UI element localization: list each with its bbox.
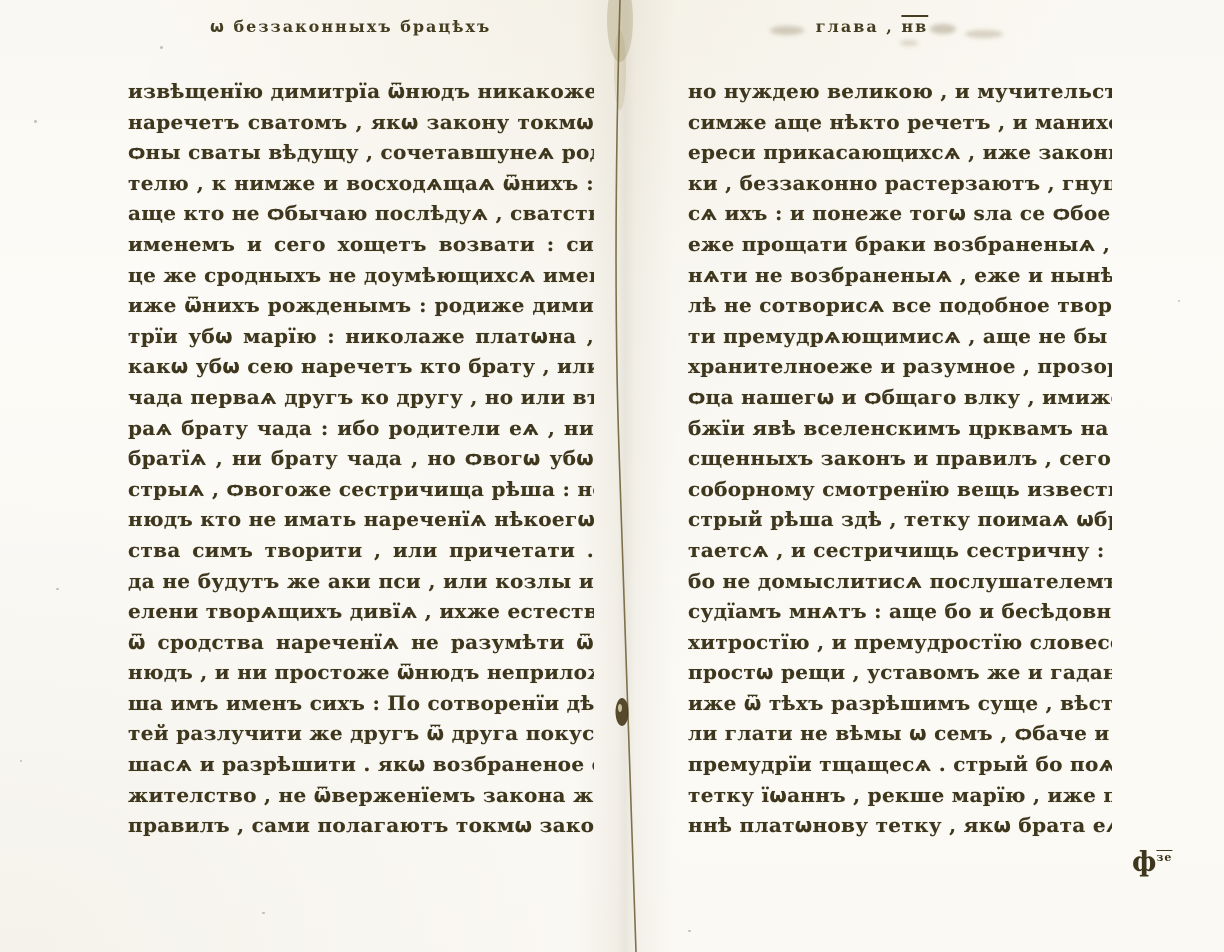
paper-speck	[262, 912, 265, 914]
text-line: ѿ сродства нареченїѧ не разумѣти ѿ	[128, 627, 594, 658]
text-line: ша имъ именъ сихъ : По сотворенїи дѣ	[128, 688, 594, 719]
text-line: шасѧ и разрѣшити . якѡ возбраненое со	[128, 749, 594, 780]
text-line: це же сродныхъ не доумѣющихсѧ именъ ,	[128, 260, 594, 291]
text-line: судїамъ мнѧтъ : аще бо и бесѣдовною	[688, 596, 1112, 627]
text-line: ѻца нашегѡ и ѻбщаго влку , имиже судъ	[688, 382, 1112, 413]
left-text-column: извѣщенїю димитрїа ѿнюдъ никакоженаречет…	[128, 76, 594, 841]
text-line: хитростїю , и премудростїю словесе , или	[688, 627, 1112, 658]
book-spread-scan: ѡ беззаконныхъ брацѣхъ извѣщенїю димитрї…	[0, 0, 1224, 952]
text-line: бжїи явѣ вселенскимъ црквамъ на ѡбновлен…	[688, 413, 1112, 444]
text-line: простѡ рещи , уставомъ же и гаданїемъ ,	[688, 657, 1112, 688]
text-line: сщенныхъ законъ и правилъ , сего постави	[688, 443, 1112, 474]
text-line: ки , беззаконно растерзаютъ , гнушающе	[688, 168, 1112, 199]
text-line: бо не домыслитисѧ послушателемъ , или	[688, 566, 1112, 597]
paper-speck	[34, 120, 37, 123]
text-line: ли глати не вѣмы ѡ семъ , ѻбаче и ѕѣлѡ	[688, 718, 1112, 749]
right-text-column: но нуждею великою , и мучительствомъ .си…	[688, 76, 1112, 841]
text-line: ннѣ платѡнову тетку , якѡ брата еѧ	[688, 810, 1112, 841]
text-line: елени творѧщихъ дивїѧ , ихже естество	[128, 596, 594, 627]
left-running-header: ѡ беззаконныхъ брацѣхъ	[210, 14, 390, 40]
ink-blob	[616, 698, 629, 726]
text-line: иже ѿнихъ рожденымъ : родиже дими	[128, 290, 594, 321]
text-line: ѻны сваты вѣдущу , сочетавшунеѧ роди	[128, 137, 594, 168]
text-line: стрыѧ , ѻвогоже сестричища рѣша : но ѿ	[128, 474, 594, 505]
text-line: ти премудрѧющимисѧ , аще не бы ѕѣлѡ	[688, 321, 1112, 352]
text-line: извѣщенїю димитрїа ѿнюдъ никакоже	[128, 76, 594, 107]
ink-smudge	[965, 30, 1003, 38]
ink-smudge	[930, 24, 956, 34]
text-line: симже аще нѣкто речетъ , и манихейской	[688, 107, 1112, 138]
text-line: чада перваѧ другъ ко другу , но или вто	[128, 382, 594, 413]
paper-speck	[688, 930, 691, 932]
chapter-word: глава ,	[816, 17, 894, 36]
text-line: какѡ убѡ сею наречетъ кто брату , или	[128, 351, 594, 382]
ink-smudge	[770, 26, 804, 35]
text-line: ереси прикасающихсѧ , иже законныѧ бра	[688, 137, 1112, 168]
signature-letter: ф	[1132, 847, 1156, 878]
text-line: иже ѿ тѣхъ разрѣшимъ суще , вѣсте	[688, 688, 1112, 719]
text-line: нюдъ , и ни простоже ѿнюдъ неприложи	[128, 657, 594, 688]
text-line: нюдъ кто не имать нареченїѧ нѣкоегѡ срод	[128, 504, 594, 535]
right-running-header: глава , нв	[812, 14, 932, 40]
paper-speck	[1178, 300, 1180, 302]
text-line: да не будутъ же аки пси , или козлы и	[128, 566, 594, 597]
ink-smudge	[900, 40, 918, 46]
paper-speck	[160, 46, 163, 49]
text-line: таетсѧ , и сестричищь сестричну : ѿ толѣ	[688, 535, 1112, 566]
text-line: жителство , не ѿверженїемъ закона же и	[128, 780, 594, 811]
text-line: соборному смотренїю вещь извести : но	[688, 474, 1112, 505]
text-line: ства симъ творити , или причетати .	[128, 535, 594, 566]
text-line: тетку їѡаннъ , рекше марїю , иже по исти	[688, 780, 1112, 811]
paper-speck	[56, 588, 59, 590]
gutter-fold-line	[590, 0, 670, 952]
text-line: премудрїи тщащесѧ . стрый бо поѧтъ	[688, 749, 1112, 780]
text-line: сѧ ихъ : и понеже тогѡ ѕла се ѻбое есть …	[688, 198, 1112, 229]
text-line: стрый рѣша здѣ , тетку поимаѧ ѡбрѣ	[688, 504, 1112, 535]
text-line: раѧ брату чада : ибо родители еѧ , ни	[128, 413, 594, 444]
text-line: нѧти не возбраненыѧ , еже и нынѣ вма	[688, 260, 1112, 291]
text-line: правилъ , сами полагаютъ токмѡ законъ ,	[128, 810, 594, 841]
text-line: лѣ не сотворисѧ все подобное творити , и…	[688, 290, 1112, 321]
text-line: аще кто не ѻбычаю послѣдуѧ , сватства	[128, 198, 594, 229]
text-line: наречетъ сватомъ , якѡ закону токмѡ	[128, 107, 594, 138]
signature-superscript: зе	[1156, 851, 1172, 864]
text-line: братїѧ , ни брату чада , но ѻвогѡ убѡ	[128, 443, 594, 474]
text-line: именемъ и сего хощетъ возвати : си	[128, 229, 594, 260]
chapter-numeral: нв	[901, 17, 928, 36]
text-line: тей разлучити же другъ ѿ друга покуси	[128, 718, 594, 749]
paper-speck	[20, 760, 22, 762]
text-line: еже прощати браки возбраненыѧ , и возбра	[688, 229, 1112, 260]
quire-signature-mark: фзе	[1132, 846, 1192, 890]
text-line: трїи убѡ марїю : николаже платѡна ,	[128, 321, 594, 352]
text-line: но нуждею великою , и мучительствомъ .	[688, 76, 1112, 107]
text-line: хранителноеже и разумное , прозорливагѡ	[688, 351, 1112, 382]
text-line: телю , к нимже и восходѧщаѧ ѿнихъ :	[128, 168, 594, 199]
